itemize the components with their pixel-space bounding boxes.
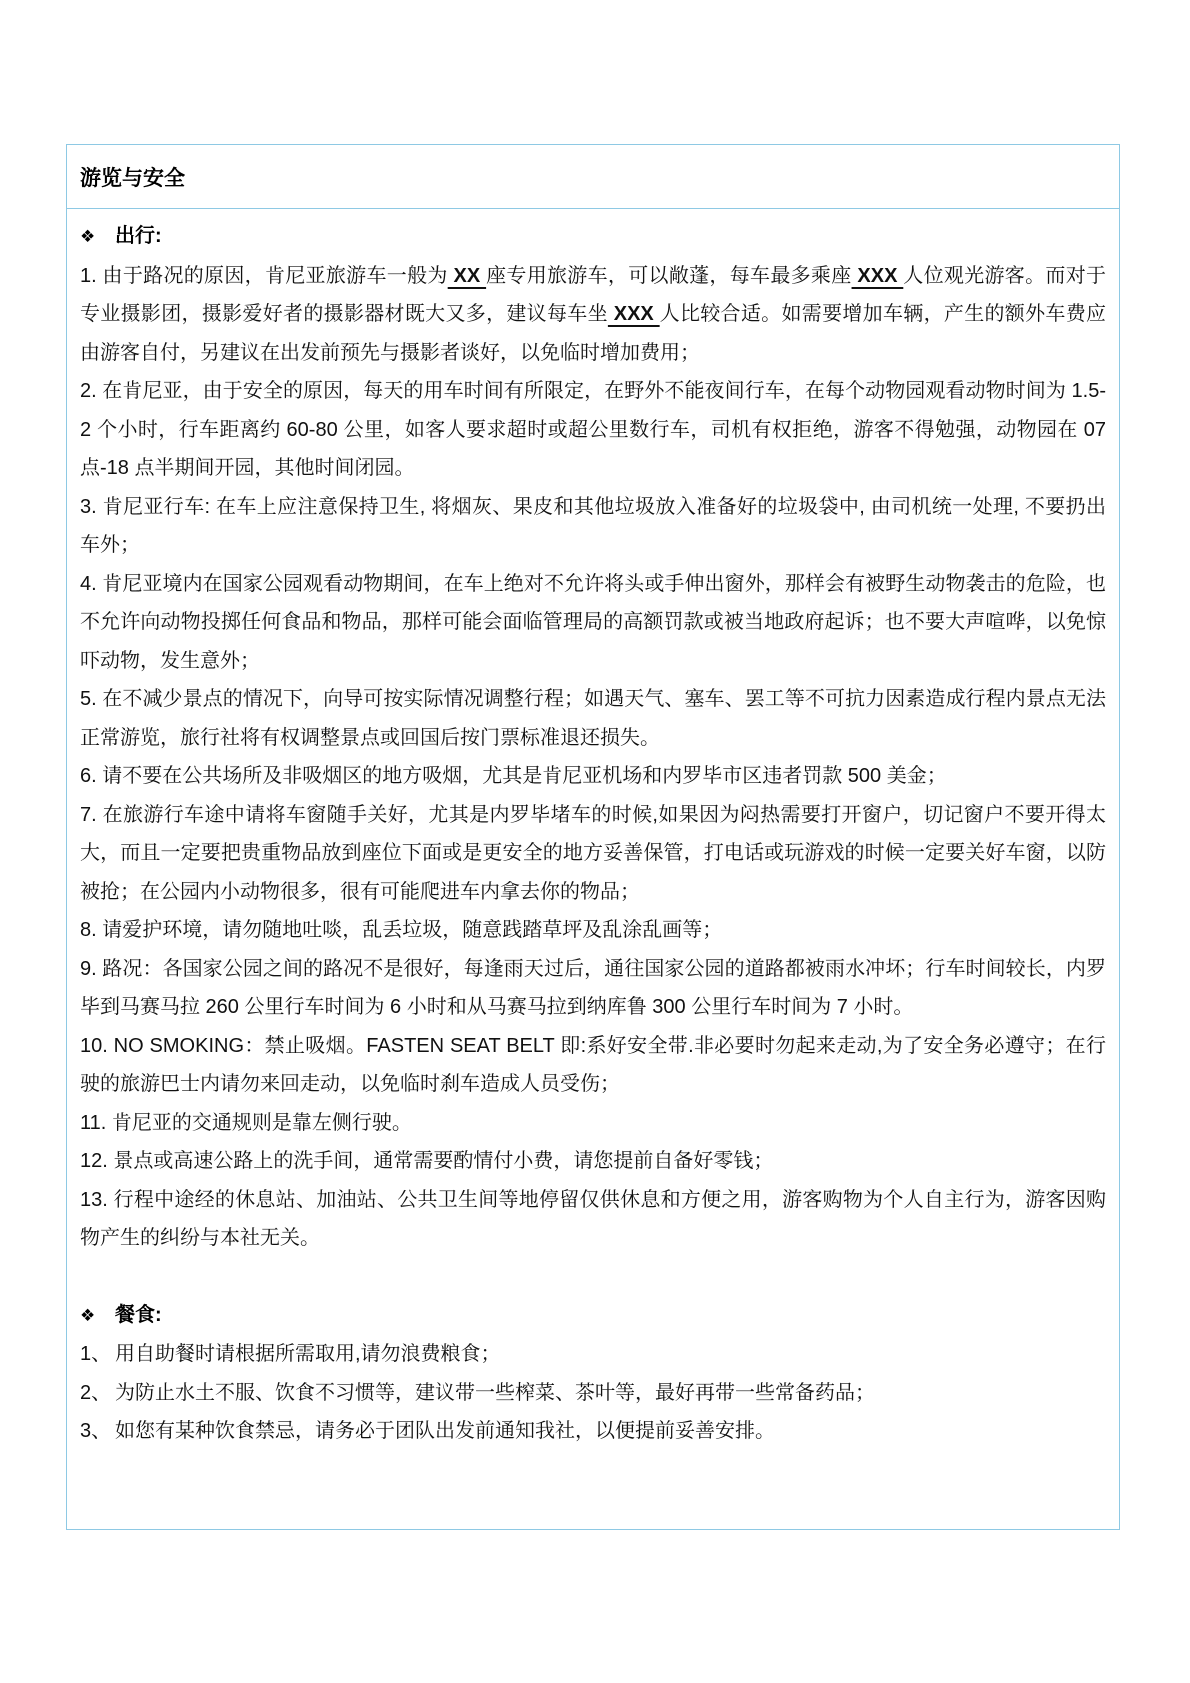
item-text: 如您有某种饮食禁忌，请务必于团队出发前通知我社，以便提前妥善安排。	[115, 1420, 775, 1442]
item-text: 6. 请不要在公共场所及非吸烟区的地方吸烟，尤其是肯尼亚机场和内罗毕市区违者罚款…	[80, 765, 947, 787]
item-text: 5. 在不减少景点的情况下，向导可按实际情况调整行程；如遇天气、塞车、罢工等不可…	[80, 688, 1106, 749]
item-text: 1. 由于路况的原因，肯尼亚旅游车一般为	[80, 265, 448, 287]
list-item: 3. 肯尼亚行车: 在车上应注意保持卫生, 将烟灰、果皮和其他垃圾放入准备好的垃…	[80, 488, 1106, 565]
item-text: 10. NO SMOKING：禁止吸烟。FASTEN SEAT BELT 即:系…	[80, 1035, 1106, 1096]
table-body-cell: ❖出行:1. 由于路况的原因，肯尼亚旅游车一般为 XX 座专用旅游车，可以敞蓬，…	[67, 209, 1119, 1491]
list-item: 12. 景点或高速公路上的洗手间，通常需要酌情付小费，请您提前自备好零钱；	[80, 1142, 1106, 1181]
diamond-bullet-icon: ❖	[80, 218, 115, 257]
item-marker: 1、	[80, 1335, 115, 1374]
item-text: 8. 请爱护环境，请勿随地吐啖，乱丢垃圾，随意践踏草坪及乱涂乱画等；	[80, 919, 722, 941]
list-item: 5. 在不减少景点的情况下，向导可按实际情况调整行程；如遇天气、塞车、罢工等不可…	[80, 680, 1106, 757]
list-item: 1. 由于路况的原因，肯尼亚旅游车一般为 XX 座专用旅游车，可以敞蓬，每车最多…	[80, 257, 1106, 373]
item-text: 座专用旅游车，可以敞蓬，每车最多乘座	[486, 265, 851, 287]
item-text: 9. 路况：各国家公园之间的路况不是很好，每逢雨天过后，通往国家公园的道路都被雨…	[80, 958, 1106, 1019]
item-text: 3. 肯尼亚行车: 在车上应注意保持卫生, 将烟灰、果皮和其他垃圾放入准备好的垃…	[80, 496, 1106, 557]
diamond-bullet-icon: ❖	[80, 1297, 115, 1336]
section-label: 出行:	[115, 225, 162, 247]
item-text: 4. 肯尼亚境内在国家公园观看动物期间，在车上绝对不允许将头或手伸出窗外，那样会…	[80, 573, 1106, 672]
list-item: 10. NO SMOKING：禁止吸烟。FASTEN SEAT BELT 即:系…	[80, 1027, 1106, 1104]
item-text: 7. 在旅游行车途中请将车窗随手关好，尤其是内罗毕堵车的时候,如果因为闷热需要打…	[80, 804, 1106, 903]
section-1: ❖餐食:1、用自助餐时请根据所需取用,请勿浪费粮食；2、为防止水土不服、饮食不习…	[80, 1296, 1106, 1451]
list-item: 9. 路况：各国家公园之间的路况不是很好，每逢雨天过后，通往国家公园的道路都被雨…	[80, 950, 1106, 1027]
item-text: 用自助餐时请根据所需取用,请勿浪费粮食；	[115, 1343, 501, 1365]
section-title: ❖出行:	[80, 217, 1106, 257]
blank-field-value: XX	[448, 265, 486, 287]
blank-field-value: XXX	[852, 265, 904, 287]
section-title: ❖餐食:	[80, 1296, 1106, 1336]
item-text: 2. 在肯尼亚，由于安全的原因，每天的用车时间有所限定，在野外不能夜间行车，在每…	[80, 380, 1106, 479]
item-text: 为防止水土不服、饮食不习惯等，建议带一些榨菜、茶叶等，最好再带一些常备药品；	[115, 1382, 875, 1404]
section-label: 餐食:	[115, 1304, 162, 1326]
list-item: 2、为防止水土不服、饮食不习惯等，建议带一些榨菜、茶叶等，最好再带一些常备药品；	[80, 1374, 1106, 1413]
list-item: 7. 在旅游行车途中请将车窗随手关好，尤其是内罗毕堵车的时候,如果因为闷热需要打…	[80, 796, 1106, 912]
list-item: 1、用自助餐时请根据所需取用,请勿浪费粮食；	[80, 1335, 1106, 1374]
list-item: 6. 请不要在公共场所及非吸烟区的地方吸烟，尤其是肯尼亚机场和内罗毕市区违者罚款…	[80, 757, 1106, 796]
item-text: 12. 景点或高速公路上的洗手间，通常需要酌情付小费，请您提前自备好零钱；	[80, 1150, 773, 1172]
section-0: ❖出行:1. 由于路况的原因，肯尼亚旅游车一般为 XX 座专用旅游车，可以敞蓬，…	[80, 217, 1106, 1258]
item-marker: 3、	[80, 1412, 115, 1451]
list-item: 11. 肯尼亚的交通规则是靠左侧行驶。	[80, 1104, 1106, 1143]
list-item: 2. 在肯尼亚，由于安全的原因，每天的用车时间有所限定，在野外不能夜间行车，在每…	[80, 372, 1106, 488]
list-item: 13. 行程中途经的休息站、加油站、公共卫生间等地停留仅供休息和方便之用，游客购…	[80, 1181, 1106, 1258]
item-marker: 2、	[80, 1374, 115, 1413]
table-header-title: 游览与安全	[67, 145, 1119, 209]
list-item: 4. 肯尼亚境内在国家公园观看动物期间，在车上绝对不允许将头或手伸出窗外，那样会…	[80, 565, 1106, 681]
list-item: 8. 请爱护环境，请勿随地吐啖，乱丢垃圾，随意践踏草坪及乱涂乱画等；	[80, 911, 1106, 950]
item-text: 13. 行程中途经的休息站、加油站、公共卫生间等地停留仅供休息和方便之用，游客购…	[80, 1189, 1106, 1250]
item-text: 11. 肯尼亚的交通规则是靠左侧行驶。	[80, 1112, 412, 1134]
list-item: 3、如您有某种饮食禁忌，请务必于团队出发前通知我社，以便提前妥善安排。	[80, 1412, 1106, 1451]
blank-field-value: XXX	[608, 303, 660, 325]
document-table: 游览与安全 ❖出行:1. 由于路况的原因，肯尼亚旅游车一般为 XX 座专用旅游车…	[66, 144, 1120, 1530]
